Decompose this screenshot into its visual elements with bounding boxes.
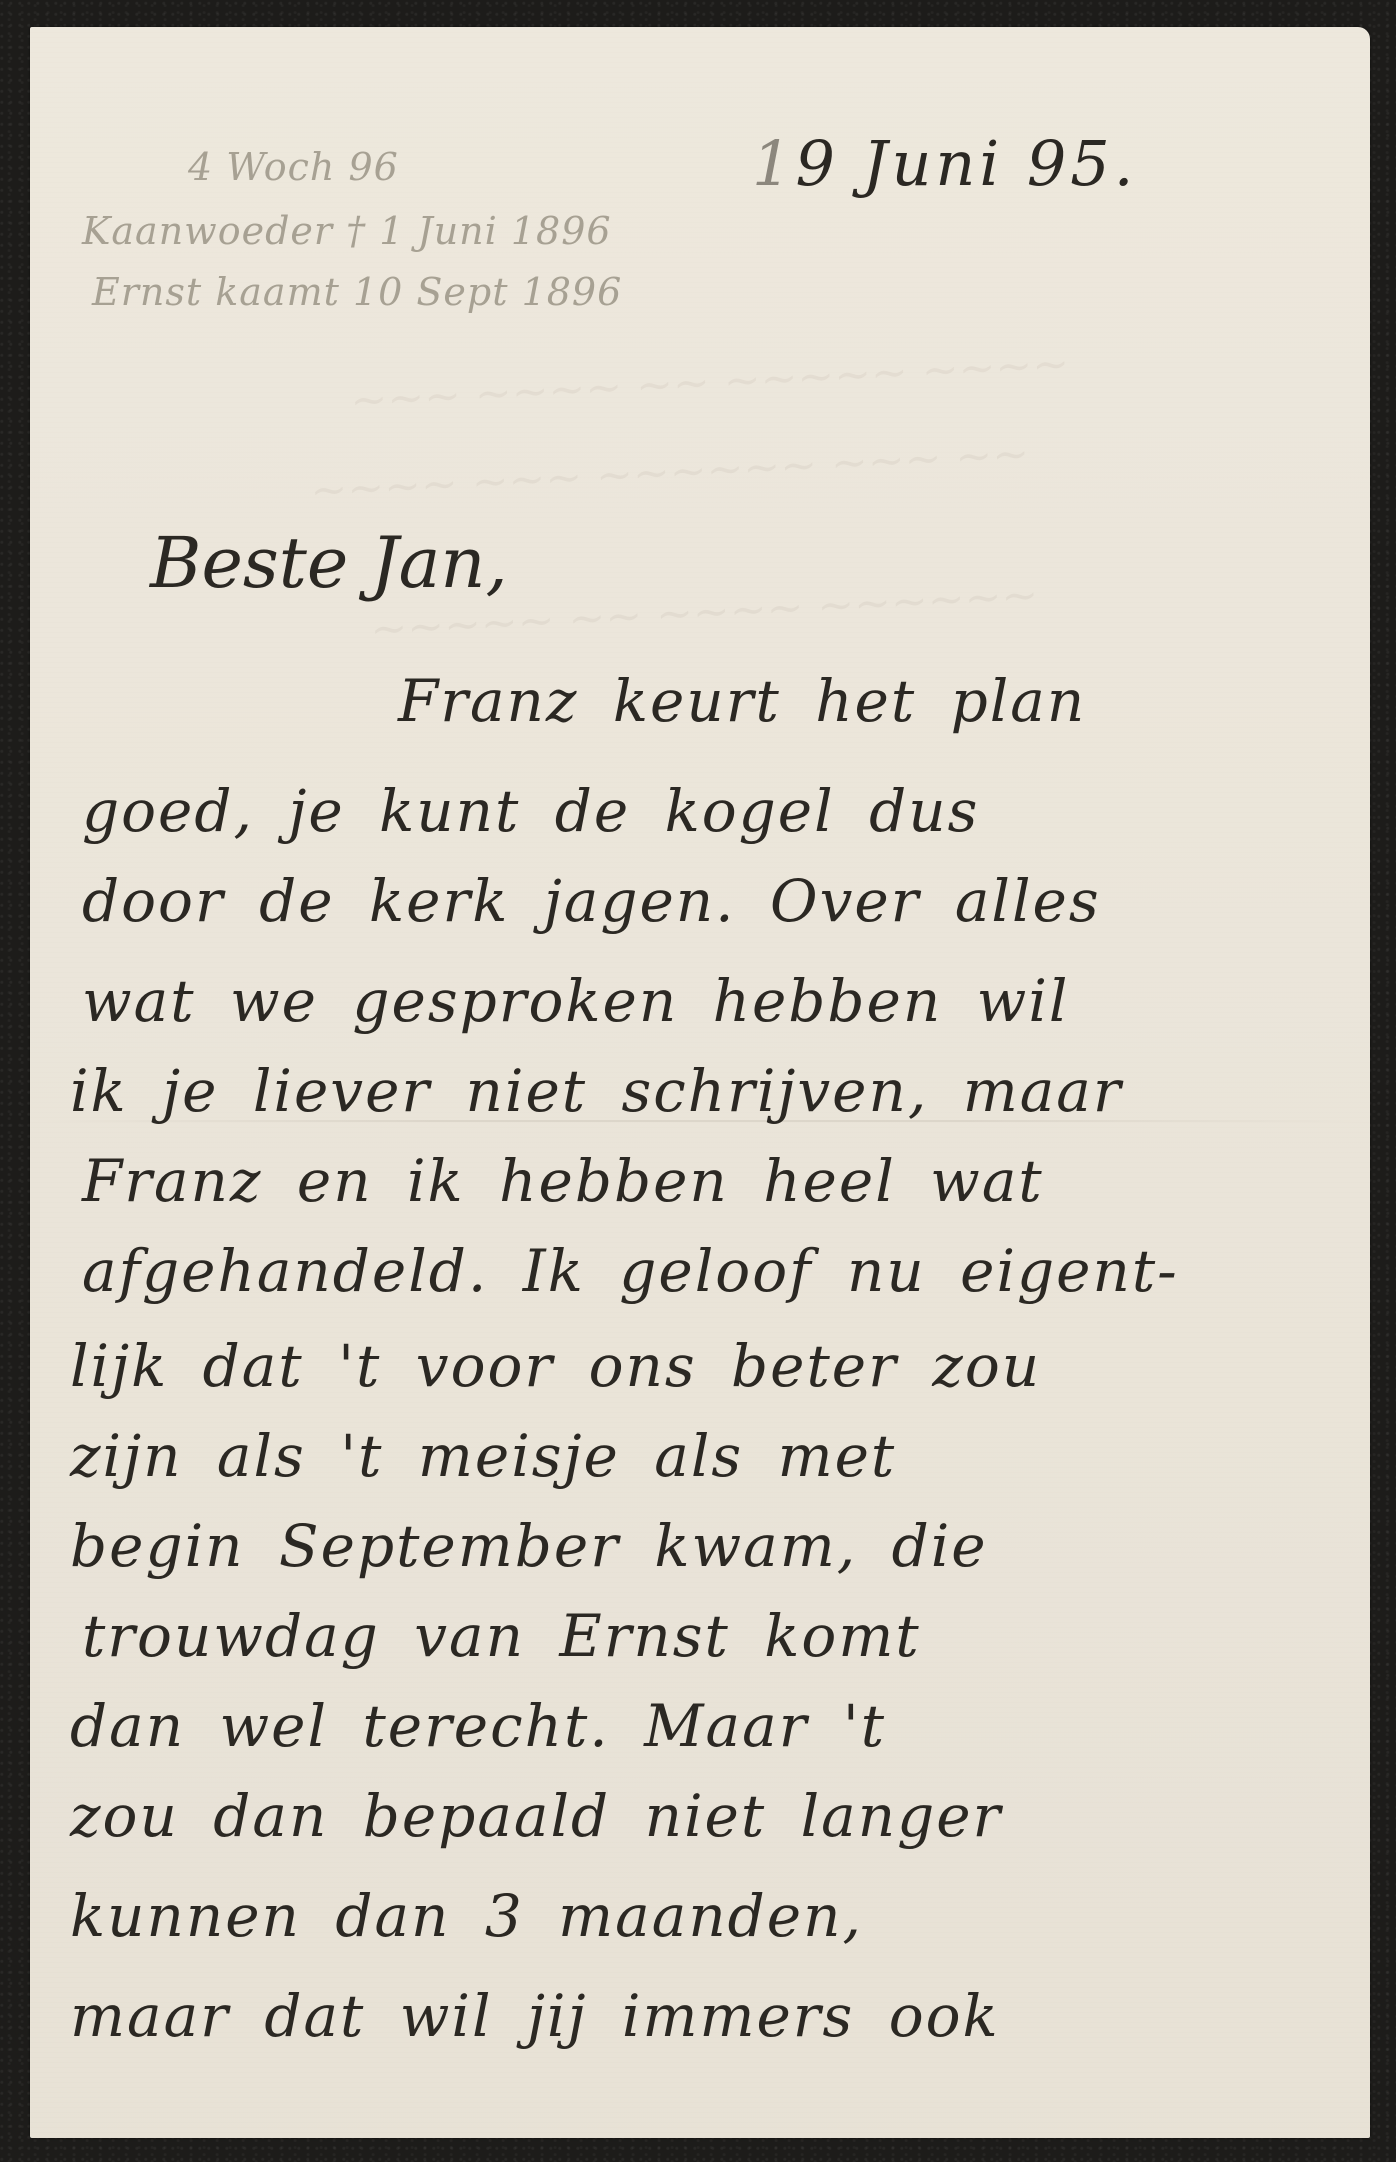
letter-line: zijn als 't meisje als met (70, 1422, 896, 1490)
letter-line: ik je liever niet schrijven, maar (70, 1057, 1123, 1125)
letter-line: maar dat wil jij immers ook (70, 1982, 1000, 2050)
letter-line: kunnen dan 3 maanden, (70, 1882, 863, 1950)
letter-line: begin September kwam, die (70, 1512, 988, 1580)
pencil-annotation-2: Kaanwoeder † 1 Juni 1896 (82, 209, 612, 253)
letter-line: Franz en ik hebben heel wat (82, 1147, 1044, 1215)
letter-page: ~~~ ~~~~ ~~ ~~~~~ ~~~~ ~~~~ ~~~ ~~~~~~ ~… (30, 27, 1370, 2138)
letter-date-main: 9 Juni 95. (795, 127, 1137, 200)
letter-line: door de kerk jagen. Over alles (82, 867, 1101, 935)
letter-line: goed, je kunt de kogel dus (82, 777, 979, 845)
letter-date: 19 Juni 95. (752, 127, 1137, 200)
letter-line: wat we gesproken hebben wil (82, 967, 1069, 1035)
letter-line: dan wel terecht. Maar 't (70, 1692, 886, 1760)
letter-line: Franz keurt het plan (398, 667, 1086, 735)
pencil-annotation-1: 4 Woch 96 (188, 145, 399, 189)
letter-line: afgehandeld. Ik geloof nu eigent- (82, 1237, 1179, 1305)
bleed-through-text: ~~~ ~~~~ ~~ ~~~~~ ~~~~ (349, 338, 1070, 427)
letter-line: trouwdag van Ernst komt (82, 1602, 921, 1670)
bleed-through-text: ~~~~ ~~~ ~~~~~~ ~~~ ~~ (309, 428, 1030, 517)
pencil-annotation-3: Ernst kaamt 10 Sept 1896 (92, 270, 622, 314)
letter-line: lijk dat 't voor ons beter zou (70, 1332, 1041, 1400)
letter-date-prefix: 1 (752, 127, 795, 200)
letter-line: zou dan bepaald niet langer (70, 1782, 1002, 1850)
letter-salutation: Beste Jan, (150, 522, 508, 604)
